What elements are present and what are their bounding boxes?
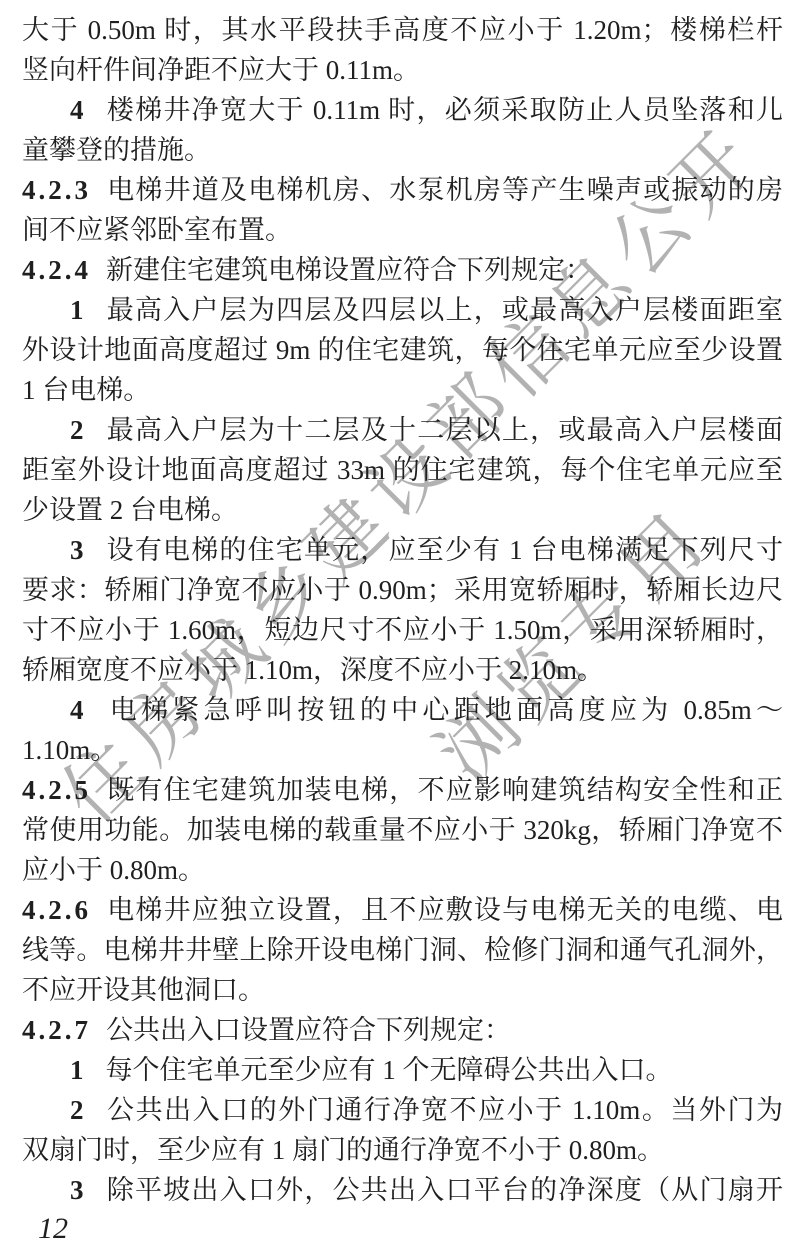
text-line-9: 外设计地面高度超过 9m 的住宅建筑，每个住宅单元应至少设置 [22,330,783,370]
text-line-25: 不应开设其他洞口。 [22,970,783,1010]
text-line-22: 应小于 0.80m。 [22,850,783,890]
text-line-15: 要求：轿厢门净宽不应小于 0.90m；采用宽轿厢时，轿厢长边尺 [22,570,783,610]
line-text: 电梯井应独立设置，且不应敷设与电梯无关的电缆、电 [106,895,783,925]
text-line-19: 1.10m。 [22,730,783,770]
clause-number: 4.2.7 [22,1015,91,1045]
line-text: 轿厢宽度不应小于 1.10m，深度不应小于 2.10m。 [22,655,604,685]
text-line-20: 4.2.5既有住宅建筑加装电梯，不应影响建筑结构安全性和正 [22,770,783,810]
text-line-10: 1 台电梯。 [22,370,783,410]
line-text: 不应开设其他洞口。 [22,975,265,1005]
text-line-14: 3设有电梯的住宅单元，应至少有 1 台电梯满足下列尺寸 [22,530,783,570]
line-text: 新建住宅建筑电梯设置应符合下列规定： [106,255,592,285]
line-text: 既有住宅建筑加装电梯，不应影响建筑结构安全性和正 [106,775,783,805]
line-text: 双扇门时，至少应有 1 扇门的通行净宽不小于 0.80m。 [22,1135,664,1165]
text-line-7: 4.2.4新建住宅建筑电梯设置应符合下列规定： [22,250,783,290]
text-line-13: 少设置 2 台电梯。 [22,490,783,530]
text-line-3: 4楼梯井净宽大于 0.11m 时，必须采取防止人员坠落和儿 [22,90,783,130]
text-line-26: 4.2.7公共出入口设置应符合下列规定： [22,1010,783,1050]
text-line-18: 4电梯紧急呼叫按钮的中心距地面高度应为 0.85m～ [22,690,783,730]
text-line-17: 轿厢宽度不应小于 1.10m，深度不应小于 2.10m。 [22,650,783,690]
item-number: 2 [70,1095,84,1125]
line-text: 大于 0.50m 时，其水平段扶手高度不应小于 1.20m；楼梯栏杆 [22,15,783,45]
text-line-29: 双扇门时，至少应有 1 扇门的通行净宽不小于 0.80m。 [22,1130,783,1170]
line-text: 公共出入口的外门通行净宽不应小于 1.10m。当外门为 [106,1095,784,1125]
page-number: 12 [38,1212,68,1246]
line-text: 竖向杆件间净距不应大于 0.11m。 [22,55,420,85]
item-number: 1 [70,295,84,325]
text-line-6: 间不应紧邻卧室布置。 [22,210,783,250]
text-line-1: 大于 0.50m 时，其水平段扶手高度不应小于 1.20m；楼梯栏杆 [22,10,783,50]
clause-number: 4.2.4 [22,255,91,285]
text-line-11: 2最高入户层为十二层及十二层以上，或最高入户层楼面 [22,410,783,450]
document-page: 住房城乡建设部信息公开 浏览专用 大于 0.50m 时，其水平段扶手高度不应小于… [0,0,800,1258]
clause-number: 4.2.6 [22,895,91,925]
clause-number: 4.2.3 [22,175,91,205]
item-number: 4 [70,695,84,725]
item-number: 3 [70,535,84,565]
line-text: 最高入户层为十二层及十二层以上，或最高入户层楼面 [106,415,784,445]
text-line-23: 4.2.6电梯井应独立设置，且不应敷设与电梯无关的电缆、电 [22,890,783,930]
line-text: 楼梯井净宽大于 0.11m 时，必须采取防止人员坠落和儿 [106,95,784,125]
line-text: 1.10m。 [22,735,117,765]
line-text: 常使用功能。加装电梯的载重量不应小于 320kg，轿厢门净宽不 [22,815,783,845]
item-number: 1 [70,1055,84,1085]
clause-number: 4.2.5 [22,775,91,805]
line-text: 除平坡出入口外，公共出入口平台的净深度（从门扇开 [106,1175,784,1205]
text-line-24: 线等。电梯井井壁上除开设电梯门洞、检修门洞和通气孔洞外， [22,930,783,970]
text-line-16: 寸不应小于 1.60m，短边尺寸不应小于 1.50m，采用深轿厢时， [22,610,783,650]
text-line-4: 童攀登的措施。 [22,130,783,170]
text-line-5: 4.2.3电梯井道及电梯机房、水泵机房等产生噪声或振动的房 [22,170,783,210]
line-text: 要求：轿厢门净宽不应小于 0.90m；采用宽轿厢时，轿厢长边尺 [22,575,783,605]
item-number: 2 [70,415,84,445]
text-line-30: 3除平坡出入口外，公共出入口平台的净深度（从门扇开 [22,1170,783,1210]
line-text: 线等。电梯井井壁上除开设电梯门洞、检修门洞和通气孔洞外， [22,935,783,965]
text-line-27: 1每个住宅单元至少应有 1 个无障碍公共出入口。 [22,1050,783,1090]
document-body: 大于 0.50m 时，其水平段扶手高度不应小于 1.20m；楼梯栏杆竖向杆件间净… [22,10,783,1210]
line-text: 应小于 0.80m。 [22,855,205,885]
line-text: 最高入户层为四层及四层以上，或最高入户层楼面距室 [106,295,784,325]
text-line-28: 2公共出入口的外门通行净宽不应小于 1.10m。当外门为 [22,1090,783,1130]
item-number: 3 [70,1175,84,1205]
line-text: 寸不应小于 1.60m，短边尺寸不应小于 1.50m，采用深轿厢时， [22,615,783,645]
line-text: 电梯井道及电梯机房、水泵机房等产生噪声或振动的房 [106,175,783,205]
line-text: 少设置 2 台电梯。 [22,495,238,525]
line-text: 电梯紧急呼叫按钮的中心距地面高度应为 0.85m～ [106,695,784,725]
text-line-12: 距室外设计地面高度超过 33m 的住宅建筑，每个住宅单元应至 [22,450,783,490]
line-text: 外设计地面高度超过 9m 的住宅建筑，每个住宅单元应至少设置 [22,335,783,365]
line-text: 距室外设计地面高度超过 33m 的住宅建筑，每个住宅单元应至 [22,455,783,485]
line-text: 每个住宅单元至少应有 1 个无障碍公共出入口。 [106,1055,673,1085]
line-text: 设有电梯的住宅单元，应至少有 1 台电梯满足下列尺寸 [106,535,784,565]
line-text: 童攀登的措施。 [22,135,211,165]
text-line-8: 1最高入户层为四层及四层以上，或最高入户层楼面距室 [22,290,783,330]
text-line-21: 常使用功能。加装电梯的载重量不应小于 320kg，轿厢门净宽不 [22,810,783,850]
line-text: 1 台电梯。 [22,375,150,405]
line-text: 公共出入口设置应符合下列规定： [106,1015,511,1045]
text-line-2: 竖向杆件间净距不应大于 0.11m。 [22,50,783,90]
line-text: 间不应紧邻卧室布置。 [22,215,292,245]
item-number: 4 [70,95,84,125]
